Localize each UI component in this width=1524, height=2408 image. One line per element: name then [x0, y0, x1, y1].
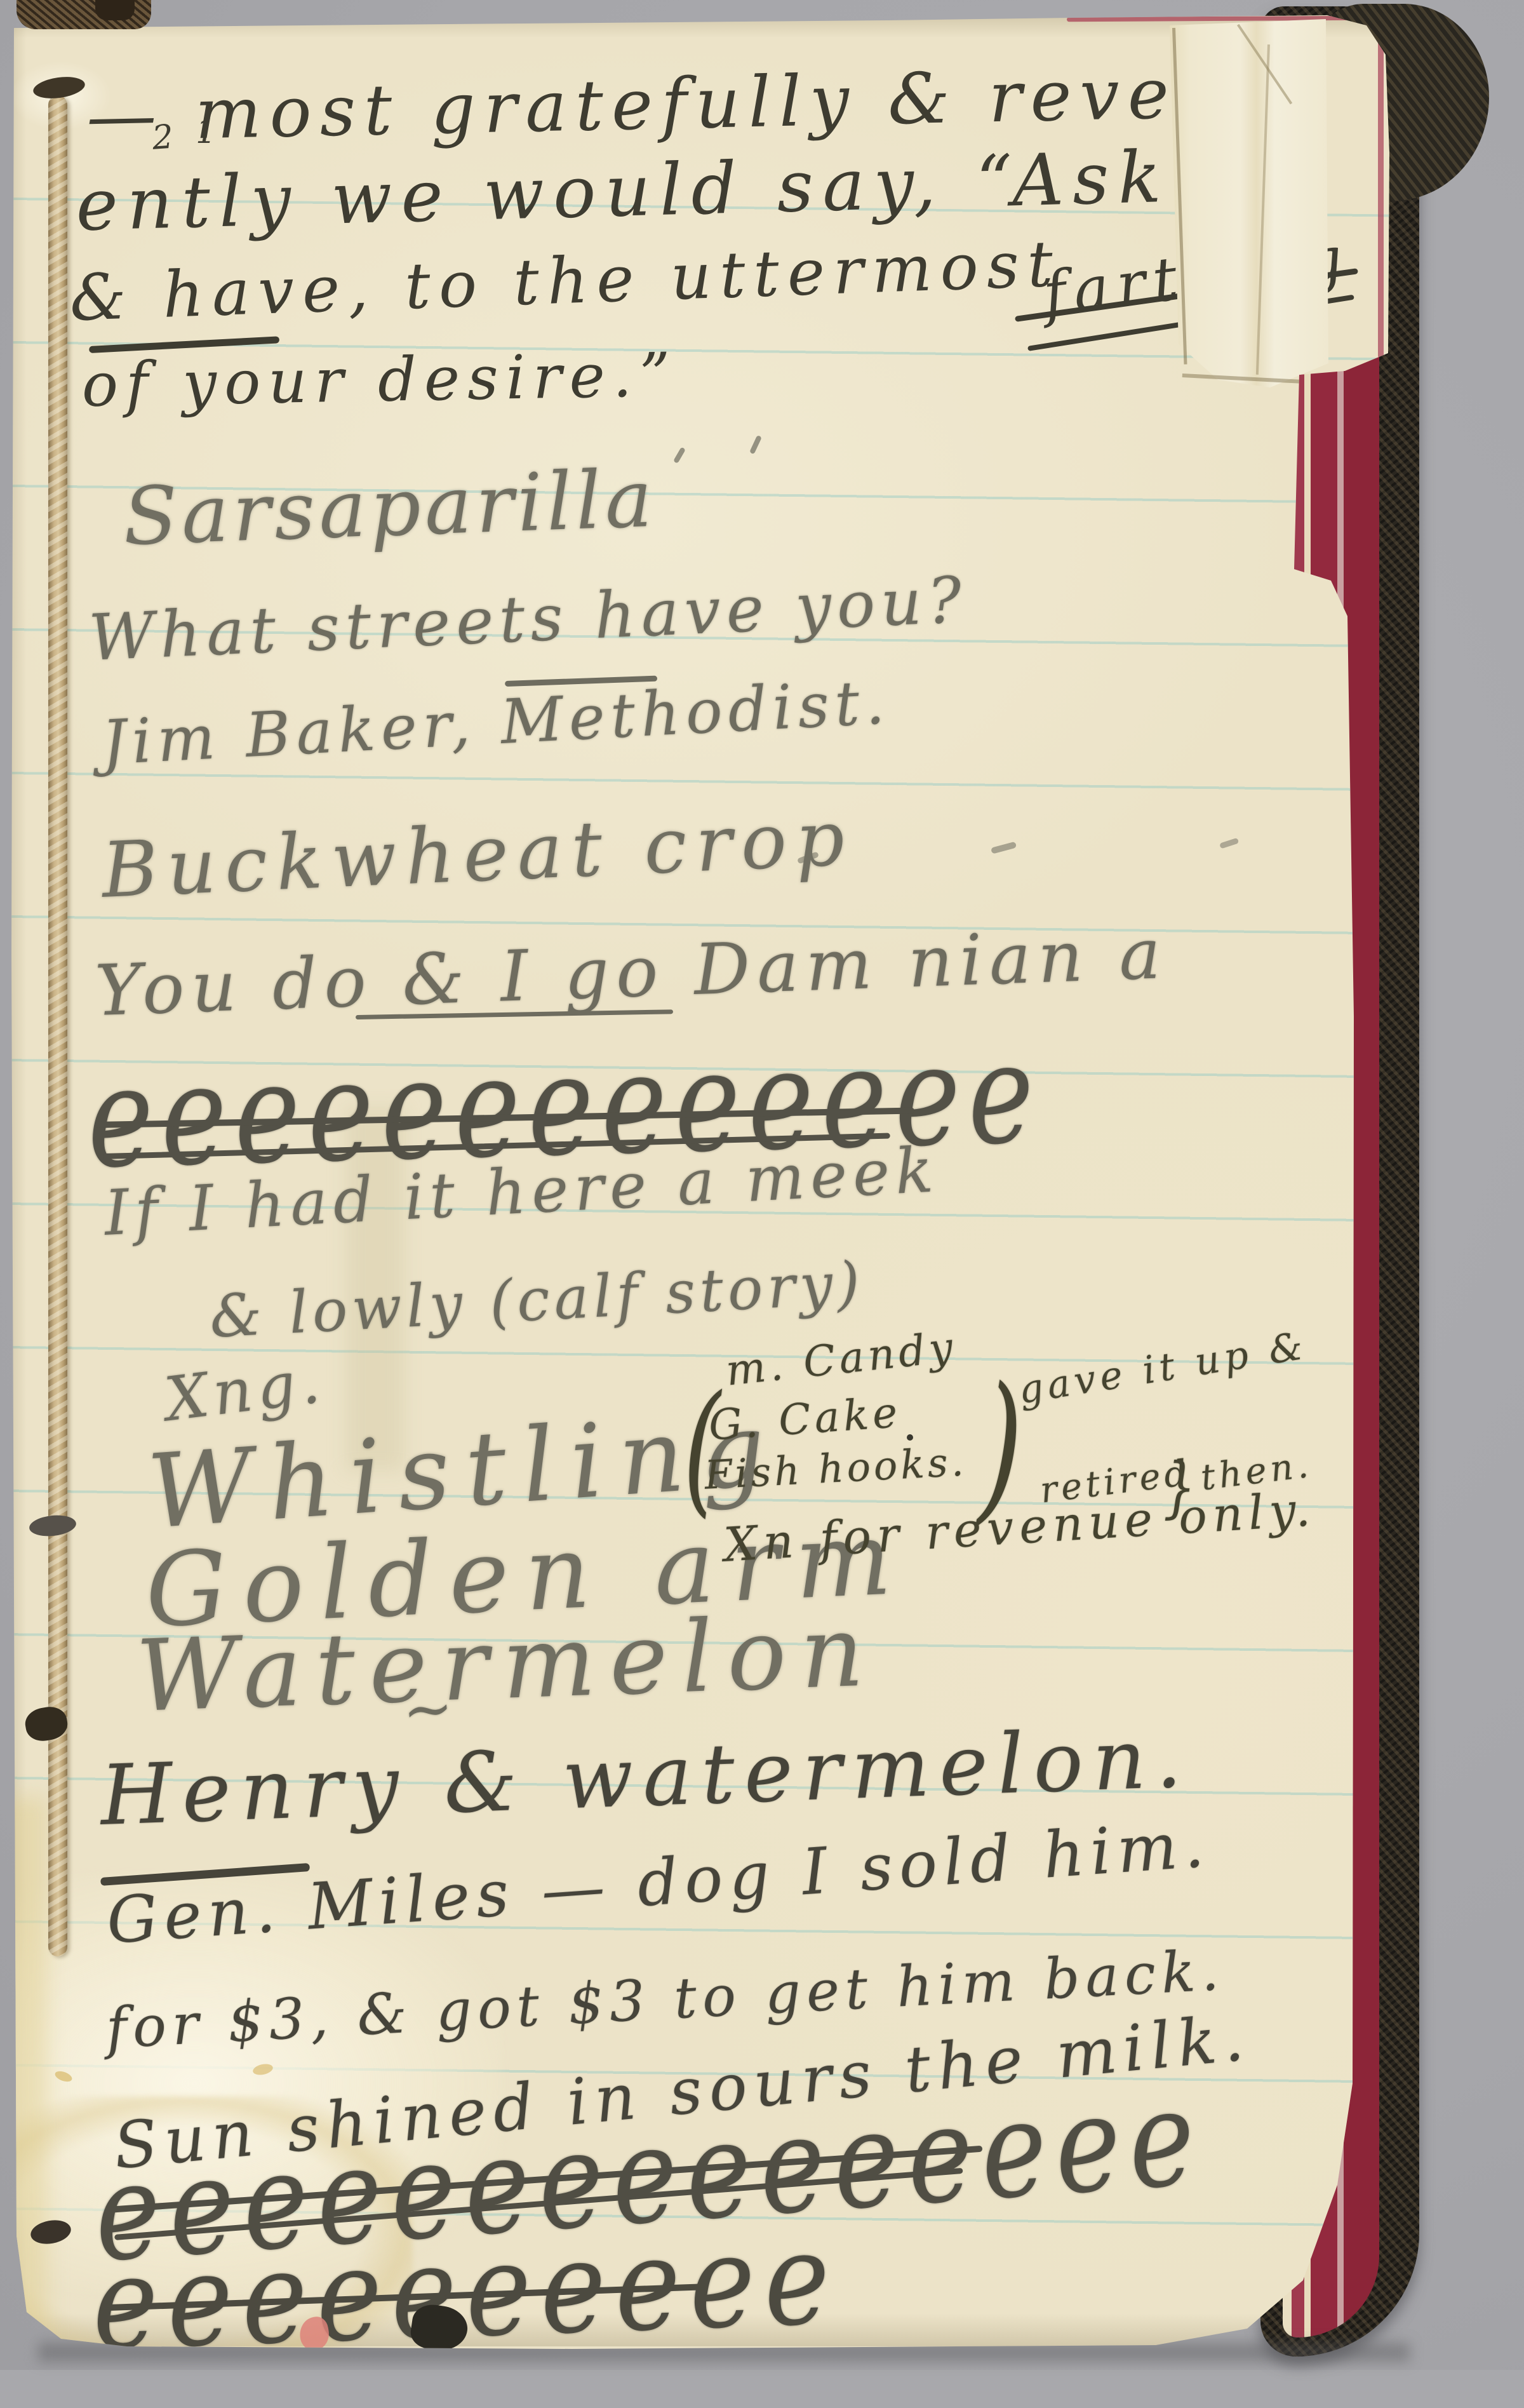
insertion-mark-2: 2: [151, 121, 175, 155]
folded-corner-flap: [1167, 17, 1330, 391]
ink-line-4: of your desire.”: [81, 346, 678, 416]
margin-item-cake: G. Cake: [707, 1392, 902, 1447]
pencil-item-watermelon: Watermelon: [135, 1601, 879, 1726]
right-edge-red-line: [1378, 41, 1384, 358]
notebook-page: — most gratefully & rever- 2 1 ently we …: [0, 0, 1524, 2370]
flourish-mark: ~: [400, 1678, 456, 1742]
insertion-mark-1: 1: [196, 116, 217, 149]
binding-thread: [48, 95, 67, 1956]
scanned-notebook-photo: — most gratefully & rever- 2 1 ently we …: [0, 0, 1524, 2370]
ink-speck: [907, 1434, 913, 1441]
left-edge-yellow-tinge: [0, 1798, 47, 2350]
cover-tuft-top-left-dark: [95, 0, 135, 20]
pencil-item-sarsaparilla: Sarsaparilla: [122, 459, 657, 557]
ink-line-1: — most gratefully & rever-: [86, 57, 1251, 151]
